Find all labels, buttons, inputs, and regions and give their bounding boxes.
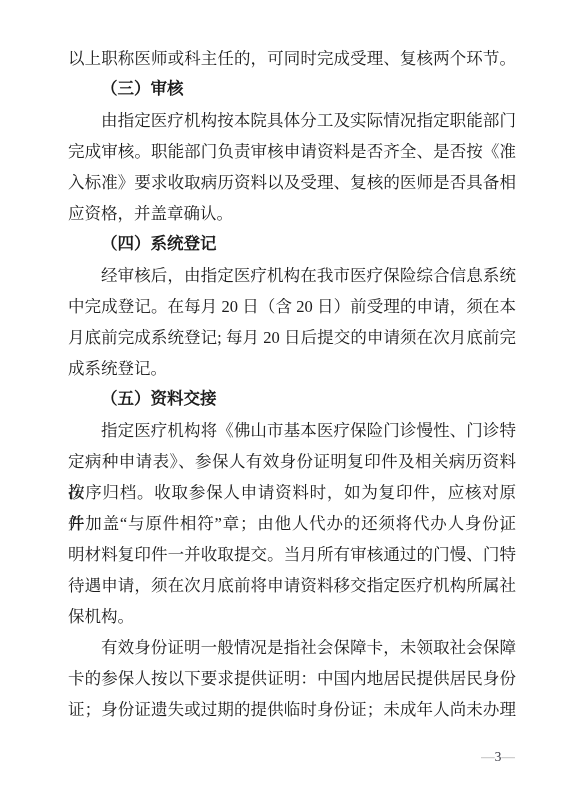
- text-line: 定病种申请表》、参保人有效身份证明复印件及相关病历资料按: [68, 446, 516, 477]
- section-heading-4: （四）系统登记: [68, 229, 516, 260]
- text-line: 保机构。: [68, 601, 516, 632]
- page-number-dash-left: —: [481, 749, 495, 764]
- text-line: 证；身份证遗失或过期的提供临时身份证；未成年人尚未办理: [68, 694, 516, 725]
- text-line: 入标准》要求收取病历资料以及受理、复核的医师是否具备相: [68, 167, 516, 198]
- text-line: 卡的参保人按以下要求提供证明：中国内地居民提供居民身份: [68, 663, 516, 694]
- text-line: 完成审核。职能部门负责审核申请资料是否齐全、是否按《准: [68, 136, 516, 167]
- text-line: 并加盖“与原件相符”章；由他人代办的还须将代办人身份证: [68, 508, 516, 539]
- text-line: 应资格，并盖章确认。: [68, 198, 516, 229]
- text-line: 有效身份证明一般情况是指社会保障卡，未领取社会保障: [68, 632, 516, 663]
- text-line: 经审核后，由指定医疗机构在我市医疗保险综合信息系统: [68, 260, 516, 291]
- text-line: 次序归档。收取参保人申请资料时，如为复印件，应核对原件，: [68, 477, 516, 508]
- text-line: 指定医疗机构将《佛山市基本医疗保险门诊慢性、门诊特: [68, 415, 516, 446]
- page-number-dash-right: —: [501, 749, 515, 764]
- section-heading-3: （三）审核: [68, 74, 516, 105]
- text-line: 明材料复印件一并收取提交。当月所有审核通过的门慢、门特: [68, 539, 516, 570]
- page-number: —3—: [468, 749, 528, 765]
- text-line: 月底前完成系统登记; 每月 20 日后提交的申请须在次月底前完: [68, 322, 516, 353]
- text-line: 成系统登记。: [68, 353, 516, 384]
- text-line: 中完成登记。在每月 20 日（含 20 日）前受理的申请，须在本: [68, 291, 516, 322]
- section-heading-5: （五）资料交接: [68, 384, 516, 415]
- text-line: 以上职称医师或科主任的，可同时完成受理、复核两个环节。: [68, 43, 516, 74]
- text-line: 待遇申请，须在次月底前将申请资料移交指定医疗机构所属社: [68, 570, 516, 601]
- text-line: 由指定医疗机构按本院具体分工及实际情况指定职能部门: [68, 105, 516, 136]
- text-block: 以上职称医师或科主任的，可同时完成受理、复核两个环节。 （三）审核 由指定医疗机…: [68, 43, 516, 725]
